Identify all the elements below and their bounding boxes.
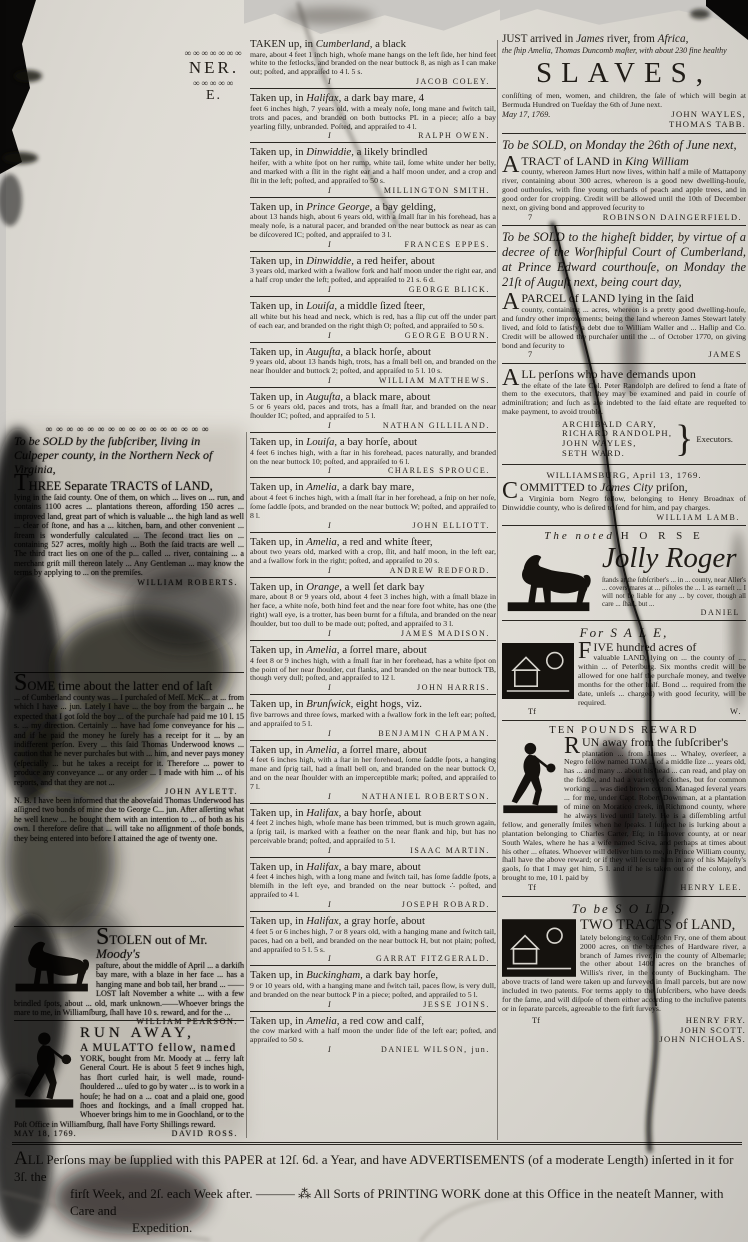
signatures: JOHN WAYLES,THOMAS TABB. <box>669 110 746 130</box>
ad-body: 5 or 6 years old, paces and trots, has a… <box>250 403 496 421</box>
printer-mark: Tf <box>528 883 536 893</box>
ad-body: 3 years old, marked with a ſwallow fork … <box>250 267 496 285</box>
signature: DANIEL <box>701 608 740 617</box>
column-rule <box>246 432 247 1138</box>
ad-three-tracts: ∞∞∞∞∞∞∞∞∞∞∞∞∞∞∞∞ To be SOLD by the ſubſc… <box>14 424 244 587</box>
taken-up-ad: Taken up, in Dinwiddie, a likely brindle… <box>250 142 496 196</box>
printer-mark: Tf <box>532 1016 540 1045</box>
ad-body: a Virginia born Negro fellow, belonging … <box>502 495 746 513</box>
ad-tract-king-william: To be SOLD, on Monday the 26th of June n… <box>502 133 746 226</box>
printer-tick: I <box>328 77 331 86</box>
ad-heading: To be SOLD by the ſubſcriber, living in … <box>14 434 244 476</box>
signature: ANDREW REDFORD. <box>390 566 490 575</box>
taken-up-ad: Taken up, in Amelia, a red cow and calf,… <box>250 1011 496 1056</box>
signature: GEORGE BLICK. <box>409 285 490 294</box>
signature: GEORGE BOURN. <box>405 331 490 340</box>
ad-body: mare, about 8 or 9 years old, about 4 fe… <box>250 593 496 629</box>
signature: WILLIAM MATTHEWS. <box>379 376 490 385</box>
ad-heading: Taken up, in Brunſwick, eight hogs, viz. <box>250 698 496 711</box>
printer-tick: I <box>328 683 331 692</box>
ad-ten-pounds-reward: TEN POUNDS REWARD RUN away from the ſubſ… <box>502 720 746 896</box>
ad-body: the cow marked with a half moon the unde… <box>250 1027 496 1045</box>
signature: JOHN HARRIS. <box>417 683 490 692</box>
ad-randolph-estate: ALL perſons who have demands upon the eſ… <box>502 363 746 464</box>
ad-body: heifer, with a white ſpot on her rump, w… <box>250 159 496 186</box>
signature: NATHAN GILLILAND. <box>383 421 490 430</box>
printer-tick: I <box>328 1000 331 1009</box>
ad-body: conſiſting of men, women, and children, … <box>502 92 746 110</box>
chain-ornament: ∞∞∞∞∞ <box>168 78 260 88</box>
ad-body: lying in the ſaid county. One of them, o… <box>14 493 244 578</box>
signature: GARRAT FITZGERALD. <box>376 954 490 963</box>
signature: JAMES MADISON. <box>401 629 490 638</box>
signature: RALPH OWEN. <box>418 131 490 140</box>
printer-tick: I <box>328 846 331 855</box>
taken-up-ad: Taken up, in Louiſa, a middle ſized ſtee… <box>250 296 496 341</box>
torn-fragment: ∞∞∞∞∞∞∞ NER. ∞∞∞∞∞ E. <box>168 48 260 104</box>
ad-heading: Taken up, in Louiſa, a middle ſized ſtee… <box>250 300 496 313</box>
ad-body: 9 years old, about 13 hands high, trots,… <box>250 358 496 376</box>
signature: JOHN AYLETT. <box>165 787 238 796</box>
ad-body: 4 feet 6 inches high, with a ſtar in her… <box>250 756 496 792</box>
taken-up-ad: Taken up, in Prince George, a bay geldin… <box>250 197 496 251</box>
ad-two-tracts: To be S O L D, TWO TRACTS of LAND, latel… <box>502 896 746 1049</box>
printer-tick: I <box>328 900 331 909</box>
ad-committed-prison: WILLIAMSBURG, April 13, 1769. COMMITTED … <box>502 464 746 524</box>
executors-list: ARCHIBALD CARY,RICHARD RANDOLPH,JOHN WAY… <box>562 417 746 461</box>
printer-tick: I <box>328 240 331 249</box>
taken-up-ad: Taken up, in Buckingham, a dark bay horſ… <box>250 965 496 1010</box>
newspaper-page-scan: ∞∞∞∞∞∞∞ NER. ∞∞∞∞∞ E. ∞∞∞∞∞∞∞∞∞∞∞∞∞∞∞∞ T… <box>0 0 748 1242</box>
signature: DAVID ROSS. <box>172 1129 238 1138</box>
taken-up-ad: Taken up, in Halifax, a dark bay mare, 4… <box>250 88 496 142</box>
printer-mark: Tf <box>528 707 536 717</box>
taken-up-ad: Taken up, in Amelia, a ſorrel mare, abou… <box>250 740 496 803</box>
ad-auction-cumberland: To be SOLD to the higheſt bidder, by vir… <box>502 225 746 363</box>
horse-woodcut <box>14 932 92 994</box>
signature: DANIEL WILSON, jun. <box>381 1045 490 1054</box>
ad-heading: For S A L E, <box>502 625 746 641</box>
taken-up-ad: Taken up, in Auguſta, a black horſe, abo… <box>250 342 496 387</box>
farm-woodcut <box>502 643 574 699</box>
printer-tick: I <box>328 954 331 963</box>
signature: JOHN ELLIOTT. <box>412 521 490 530</box>
printer-mark: 7 <box>528 350 532 360</box>
printer-tick: I <box>328 186 331 195</box>
signature: WILLIAM ROBERTS. <box>137 578 238 587</box>
ad-body: about two years old, marked with a crop,… <box>250 548 496 566</box>
printer-tick: I <box>328 466 331 475</box>
signature: MILLINGTON SMITH. <box>384 186 490 195</box>
ad-jolly-roger-horse: The noted H O R S E Jolly Roger ſtands a… <box>502 525 746 620</box>
imprint-line: Expedition. <box>14 1219 740 1236</box>
printer-tick: I <box>328 131 331 140</box>
farm-woodcut <box>502 919 576 977</box>
signature: JACOB COLEY. <box>416 77 490 86</box>
printer-tick: I <box>328 566 331 575</box>
ad-body: the eſtate of the late Col. Peter Randol… <box>502 382 746 418</box>
printer-tick: I <box>328 331 331 340</box>
ad-lead: ALL perſons who have demands upon <box>502 368 746 382</box>
ad-body: all white but his head and neck, which i… <box>250 313 496 331</box>
printer-tick: I <box>328 629 331 638</box>
chain-ornament: ∞∞∞∞∞∞∞∞∞∞∞∞∞∞∞∞ <box>14 424 244 434</box>
signature: W. <box>730 707 742 717</box>
ad-body: county, containing ... acres, whereon is… <box>502 306 746 351</box>
horse-woodcut <box>502 544 598 614</box>
ad-runaway-york: RUN AWAY, A MULATTO fellow, named YORK, … <box>14 1020 244 1138</box>
signatures: HENRY FRY.JOHN SCOTT.JOHN NICHOLAS. <box>659 1016 746 1045</box>
ad-heading: The noted H O R S E <box>502 530 746 542</box>
imprint-notice: ALL Perſons may be ſupplied with this PA… <box>14 1150 740 1236</box>
ad-heading: To be SOLD to the higheſt bidder, by vir… <box>502 230 746 290</box>
ad-heading: JUST arrived in James river, from Africa… <box>502 33 746 46</box>
ad-heading: Taken up, in Halifax, a gray horſe, abou… <box>250 915 496 928</box>
ad-five-hundred-acres: For S A L E, FIVE hundred acres of valua… <box>502 620 746 721</box>
printer-tick: I <box>328 792 331 801</box>
ad-body: feet 6 inches high, 7 years old, with a … <box>250 105 496 132</box>
signature: FRANCES EPPES. <box>404 240 490 249</box>
ad-lead: COMMITTED to James City priſon, <box>502 481 746 495</box>
ad-heading: Taken up, in Amelia, a ſorrel mare, abou… <box>250 644 496 657</box>
brace-glyph: } <box>675 417 693 461</box>
ad-lead: APARCEL of LAND lying in the ſaid <box>502 292 746 306</box>
taken-up-ad: Taken up, in Halifax, a bay mare, about … <box>250 857 496 911</box>
printer-tick: I <box>328 521 331 530</box>
signature: JESSE JOINS. <box>423 1000 490 1009</box>
ad-lead: THREE Separate TRACTS of LAND, <box>14 476 244 493</box>
signature: CHARLES SPROUCE. <box>388 466 490 475</box>
printer-tick: I <box>328 376 331 385</box>
ad-date: MAY 18, 1769. <box>14 1129 77 1138</box>
ad-body: 4 feet 8 or 9 inches high, with a ſmall … <box>250 657 496 684</box>
ad-underwood-notice: SOME time about the latter end of laſt .… <box>14 672 244 843</box>
ad-body: ... of Cumberland county was ... I purch… <box>14 693 244 787</box>
printer-tick: I <box>328 729 331 738</box>
ad-body: 9 or 10 years old, with a hanging mane a… <box>250 982 496 1000</box>
ad-heading: To be SOLD, on Monday the 26th of June n… <box>502 138 746 153</box>
taken-up-ad: Taken up, in Auguſta, a black mare, abou… <box>250 387 496 432</box>
taken-up-ad: Taken up, in Brunſwick, eight hogs, viz.… <box>250 694 496 739</box>
ad-body: mare, about 4 feet 1 inch high, whoſe ma… <box>250 51 496 78</box>
ad-body: five barrows and three ſows, marked with… <box>250 711 496 729</box>
ad-body: 4 feet 6 inches high, with a ſtar in his… <box>250 449 496 467</box>
signature: HENRY LEE. <box>680 883 742 893</box>
fragment-text: NER. <box>168 58 260 78</box>
signature: JAMES <box>708 350 742 360</box>
printer-mark: 7 <box>528 213 532 223</box>
fragment-text: E. <box>168 88 260 104</box>
middle-column: TAKEN up, in Cumberland, a black mare, a… <box>250 36 496 1156</box>
taken-up-ad: Taken up, in Amelia, a red and white ſte… <box>250 532 496 577</box>
runaway-figure-woodcut <box>502 738 560 816</box>
ad-display-word: SLAVES, <box>502 57 746 90</box>
ad-heading: Taken up, in Halifax, a dark bay mare, 4 <box>250 92 496 105</box>
signature: WILLIAM LAMB. <box>657 513 740 522</box>
ad-heading: TAKEN up, in Cumberland, a black <box>250 38 496 51</box>
taken-up-ad: Taken up, in Halifax, a bay horſe, about… <box>250 803 496 857</box>
taken-up-ad: Taken up, in Amelia, a ſorrel mare, abou… <box>250 640 496 694</box>
ad-body: county, whereon James Hurt now lives, wi… <box>502 168 746 213</box>
footer-rule <box>12 1142 742 1145</box>
signature: BENJAMIN CHAPMAN. <box>378 729 490 738</box>
taken-up-ad: Taken up, in Amelia, a dark bay mare, ab… <box>250 477 496 531</box>
ad-body: about 4 feet 6 inches high, with a ſmall… <box>250 494 496 521</box>
printer-tick: I <box>328 285 331 294</box>
ad-lead: SOME time about the latter end of laſt <box>14 676 244 693</box>
chain-ornament: ∞∞∞∞∞∞∞ <box>168 48 260 58</box>
taken-up-ad: Taken up, in Louiſa, a bay horſe, about … <box>250 432 496 477</box>
taken-up-ad: Taken up, in Halifax, a gray horſe, abou… <box>250 911 496 965</box>
printer-tick: I <box>328 421 331 430</box>
signature: JOSEPH ROBARD. <box>402 900 490 909</box>
ad-date: May 17, 1769. <box>502 110 550 130</box>
ad-body: 4 feet 5 or 6 inches high, 7 or 8 years … <box>250 928 496 955</box>
signature: NATHANIEL ROBERTSON. <box>362 792 490 801</box>
imprint-line: firſt Week, and 2ſ. each Week after. ———… <box>14 1185 740 1219</box>
right-column: JUST arrived in James river, from Africa… <box>502 30 746 1152</box>
executors-label: Executors. <box>696 434 733 444</box>
taken-up-ad: Taken up, in Dinwiddie, a red heifer, ab… <box>250 251 496 296</box>
column-rule <box>497 40 498 1140</box>
ad-body: about 13 hands high, about 6 years old, … <box>250 213 496 240</box>
ad-lead: ATRACT of LAND in King William <box>502 155 746 169</box>
ad-body: 4 feet 2 inches high, whoſe mane has bee… <box>250 819 496 846</box>
ad-subheading: the ſhip Amelia, Thomas Duncomb maſter, … <box>502 46 746 55</box>
imprint-line: ALL Perſons may be ſupplied with this PA… <box>14 1150 740 1185</box>
dateline: WILLIAMSBURG, April 13, 1769. <box>502 470 746 480</box>
left-column: ∞∞∞∞∞∞∞∞∞∞∞∞∞∞∞∞ To be SOLD by the ſubſc… <box>14 424 244 1140</box>
runaway-figure-woodcut <box>14 1027 76 1111</box>
printer-tick: I <box>328 1045 331 1054</box>
ad-heading: To be S O L D, <box>502 901 746 917</box>
taken-up-ad: TAKEN up, in Cumberland, a black mare, a… <box>250 36 496 88</box>
signature: ROBINSON DAINGERFIELD. <box>603 213 742 223</box>
ad-body: 4 feet 4 inches high, with a long mane a… <box>250 873 496 900</box>
ad-stolen-mare: STOLEN out of Mr. Moody's paſture, about… <box>14 926 244 1026</box>
ad-postscript: N. B. I have been informed that the abov… <box>14 796 244 843</box>
ad-heading: Taken up, in Louiſa, a bay horſe, about <box>250 436 496 449</box>
ad-slaves-arrival: JUST arrived in James river, from Africa… <box>502 30 746 133</box>
signature: ISAAC MARTIN. <box>410 846 490 855</box>
taken-up-ad: Taken up, in Orange, a well ſet dark bay… <box>250 577 496 640</box>
